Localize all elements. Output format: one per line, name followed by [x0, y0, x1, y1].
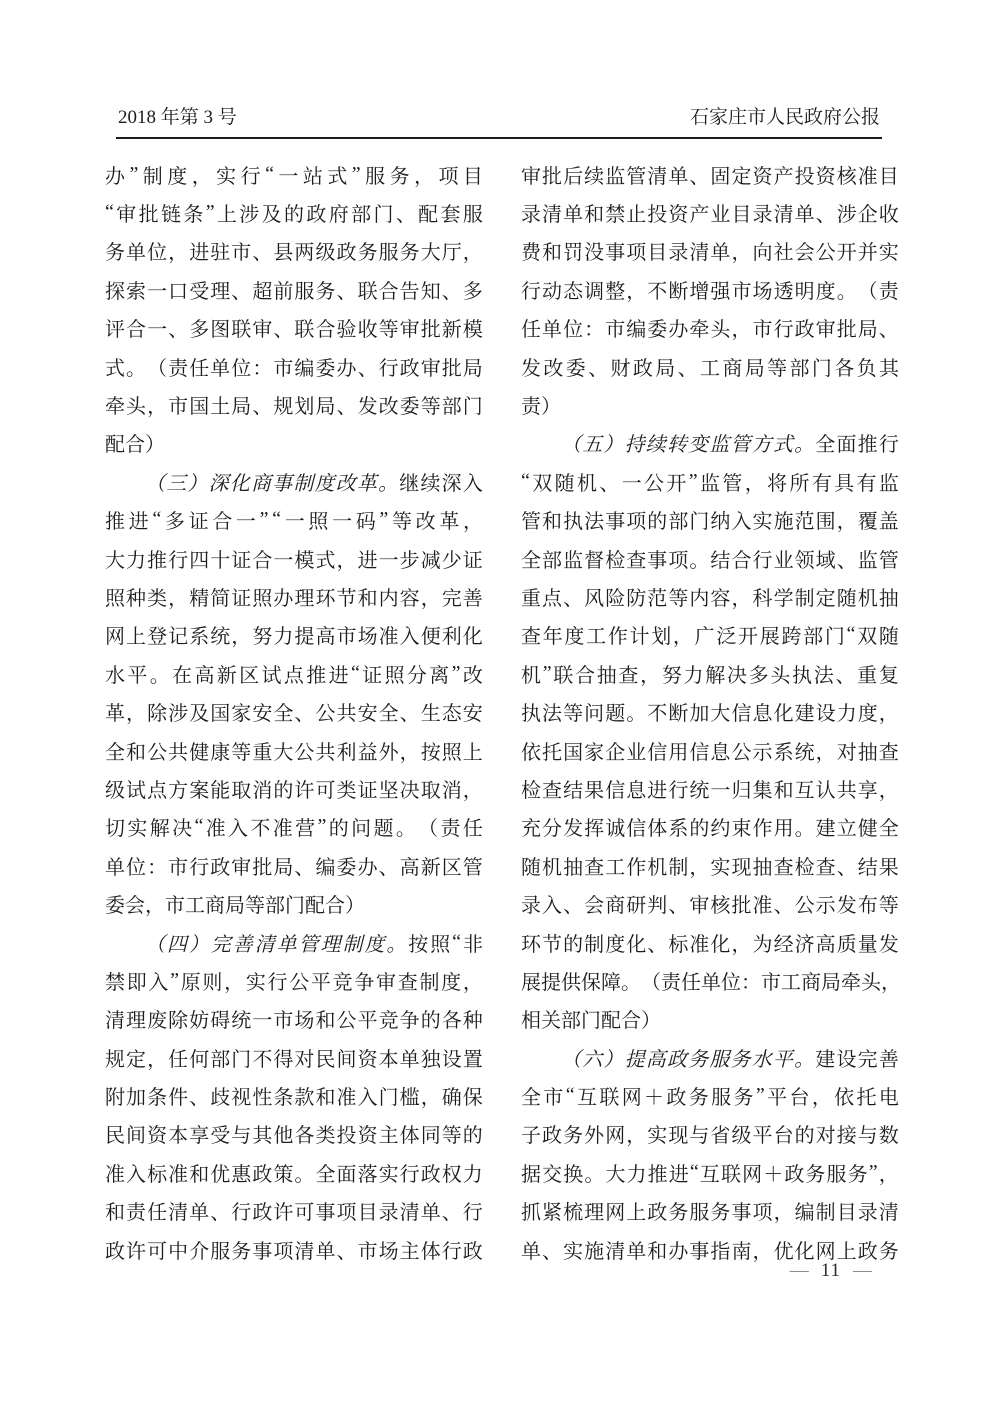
- text-line: 相关部门配合）: [521, 1000, 899, 1038]
- text-line: 行动态调整，不断增强市场透明度。（责: [521, 270, 899, 308]
- header-issue-label: 2018 年第 3 号: [118, 102, 237, 129]
- gazette-page: 2018 年第 3 号 石家庄市人民政府公报 办”制度，实行“一站式”服务，项目…: [0, 0, 1000, 1414]
- page-header: 2018 年第 3 号 石家庄市人民政府公报: [118, 102, 880, 129]
- column-right: 审批后续监管清单、固定资产投资核准目录清单和禁止投资产业目录清单、涉企收费和罚没…: [521, 155, 899, 1268]
- text-line: 规定，任何部门不得对民间资本单独设置: [105, 1038, 483, 1076]
- text-line: 委会，市工商局等部门配合）: [105, 884, 483, 922]
- header-divider: [116, 137, 882, 139]
- text-line: 网上登记系统，努力提高市场准入便利化: [105, 616, 483, 654]
- text-line: 全部监督检查事项。结合行业领域、监管: [521, 539, 899, 577]
- text-line: （六）提高政务服务水平。建设完善: [521, 1038, 899, 1076]
- text-line: 和责任清单、行政许可事项目录清单、行: [105, 1192, 483, 1230]
- text-line: 禁即入”原则，实行公平竞争审查制度，: [105, 961, 483, 999]
- footer-page-number: — 11 —: [790, 1260, 872, 1282]
- text-line: 管和执法事项的部门纳入实施范围，覆盖: [521, 501, 899, 539]
- header-publication-title: 石家庄市人民政府公报: [690, 102, 880, 129]
- text-line: 式。（责任单位：市编委办、行政审批局: [105, 347, 483, 385]
- text-line: 机”联合抽查，努力解决多头执法、重复: [521, 654, 899, 692]
- text-line: 发改委、财政局、工商局等部门各负其: [521, 347, 899, 385]
- text-line: （四）完善清单管理制度。按照“非: [105, 923, 483, 961]
- text-line: 据交换。大力推进“互联网＋政务服务”，: [521, 1153, 899, 1191]
- text-line: 查年度工作计划，广泛开展跨部门“双随: [521, 616, 899, 654]
- page-number-dash-right: —: [853, 1260, 872, 1282]
- text-line: 全市“互联网＋政务服务”平台，依托电: [521, 1076, 899, 1114]
- text-line: 办”制度，实行“一站式”服务，项目: [105, 155, 483, 193]
- text-line: 任单位：市编委办牵头，市行政审批局、: [521, 309, 899, 347]
- text-line: 抓紧梳理网上政务服务事项，编制目录清: [521, 1192, 899, 1230]
- text-line: 全和公共健康等重大公共利益外，按照上: [105, 731, 483, 769]
- text-line: 探索一口受理、超前服务、联合告知、多: [105, 270, 483, 308]
- text-line: 依托国家企业信用信息公示系统，对抽查: [521, 731, 899, 769]
- text-line: 级试点方案能取消的许可类证坚决取消，: [105, 769, 483, 807]
- text-line: 费和罚没事项目录清单，向社会公开并实: [521, 232, 899, 270]
- column-left: 办”制度，实行“一站式”服务，项目“审批链条”上涉及的政府部门、配套服务单位，进…: [105, 155, 483, 1268]
- text-line: 推进“多证合一”“一照一码”等改革，: [105, 501, 483, 539]
- text-line: 检查结果信息进行统一归集和互认共享，: [521, 769, 899, 807]
- text-line: 责）: [521, 385, 899, 423]
- text-line: 切实解决“准入不准营”的问题。（责任: [105, 808, 483, 846]
- text-line: 子政务外网，实现与省级平台的对接与数: [521, 1115, 899, 1153]
- text-line: （五）持续转变监管方式。全面推行: [521, 424, 899, 462]
- text-line: 录清单和禁止投资产业目录清单、涉企收: [521, 193, 899, 231]
- text-line: 执法等问题。不断加大信息化建设力度，: [521, 692, 899, 730]
- text-line: 政许可中介服务事项清单、市场主体行政: [105, 1230, 483, 1268]
- text-line: 充分发挥诚信体系的约束作用。建立健全: [521, 808, 899, 846]
- text-line: 民间资本享受与其他各类投资主体同等的: [105, 1115, 483, 1153]
- text-line: 评合一、多图联审、联合验收等审批新模: [105, 309, 483, 347]
- content-columns: 办”制度，实行“一站式”服务，项目“审批链条”上涉及的政府部门、配套服务单位，进…: [105, 155, 899, 1268]
- text-line: 重点、风险防范等内容，科学制定随机抽: [521, 577, 899, 615]
- page-number-value: 11: [821, 1260, 841, 1282]
- text-line: 随机抽查工作机制，实现抽查检查、结果: [521, 846, 899, 884]
- text-line: 水平。在高新区试点推进“证照分离”改: [105, 654, 483, 692]
- text-line: 清理废除妨碍统一市场和公平竞争的各种: [105, 1000, 483, 1038]
- text-line: 展提供保障。（责任单位：市工商局牵头，: [521, 961, 899, 999]
- text-line: 照种类，精简证照办理环节和内容，完善: [105, 577, 483, 615]
- text-line: （三）深化商事制度改革。继续深入: [105, 462, 483, 500]
- text-line: 大力推行四十证合一模式，进一步减少证: [105, 539, 483, 577]
- text-line: 单位：市行政审批局、编委办、高新区管: [105, 846, 483, 884]
- page-number-dash-left: —: [790, 1260, 809, 1282]
- text-line: 环节的制度化、标准化，为经济高质量发: [521, 923, 899, 961]
- text-line: “双随机、一公开”监管，将所有具有监: [521, 462, 899, 500]
- text-line: 务单位，进驻市、县两级政务服务大厅，: [105, 232, 483, 270]
- text-line: “审批链条”上涉及的政府部门、配套服: [105, 193, 483, 231]
- text-line: 配合）: [105, 424, 483, 462]
- text-line: 录入、会商研判、审核批准、公示发布等: [521, 884, 899, 922]
- text-line: 革，除涉及国家安全、公共安全、生态安: [105, 692, 483, 730]
- text-line: 附加条件、歧视性条款和准入门槛，确保: [105, 1076, 483, 1114]
- text-line: 牵头，市国土局、规划局、发改委等部门: [105, 385, 483, 423]
- text-line: 准入标准和优惠政策。全面落实行政权力: [105, 1153, 483, 1191]
- text-line: 审批后续监管清单、固定资产投资核准目: [521, 155, 899, 193]
